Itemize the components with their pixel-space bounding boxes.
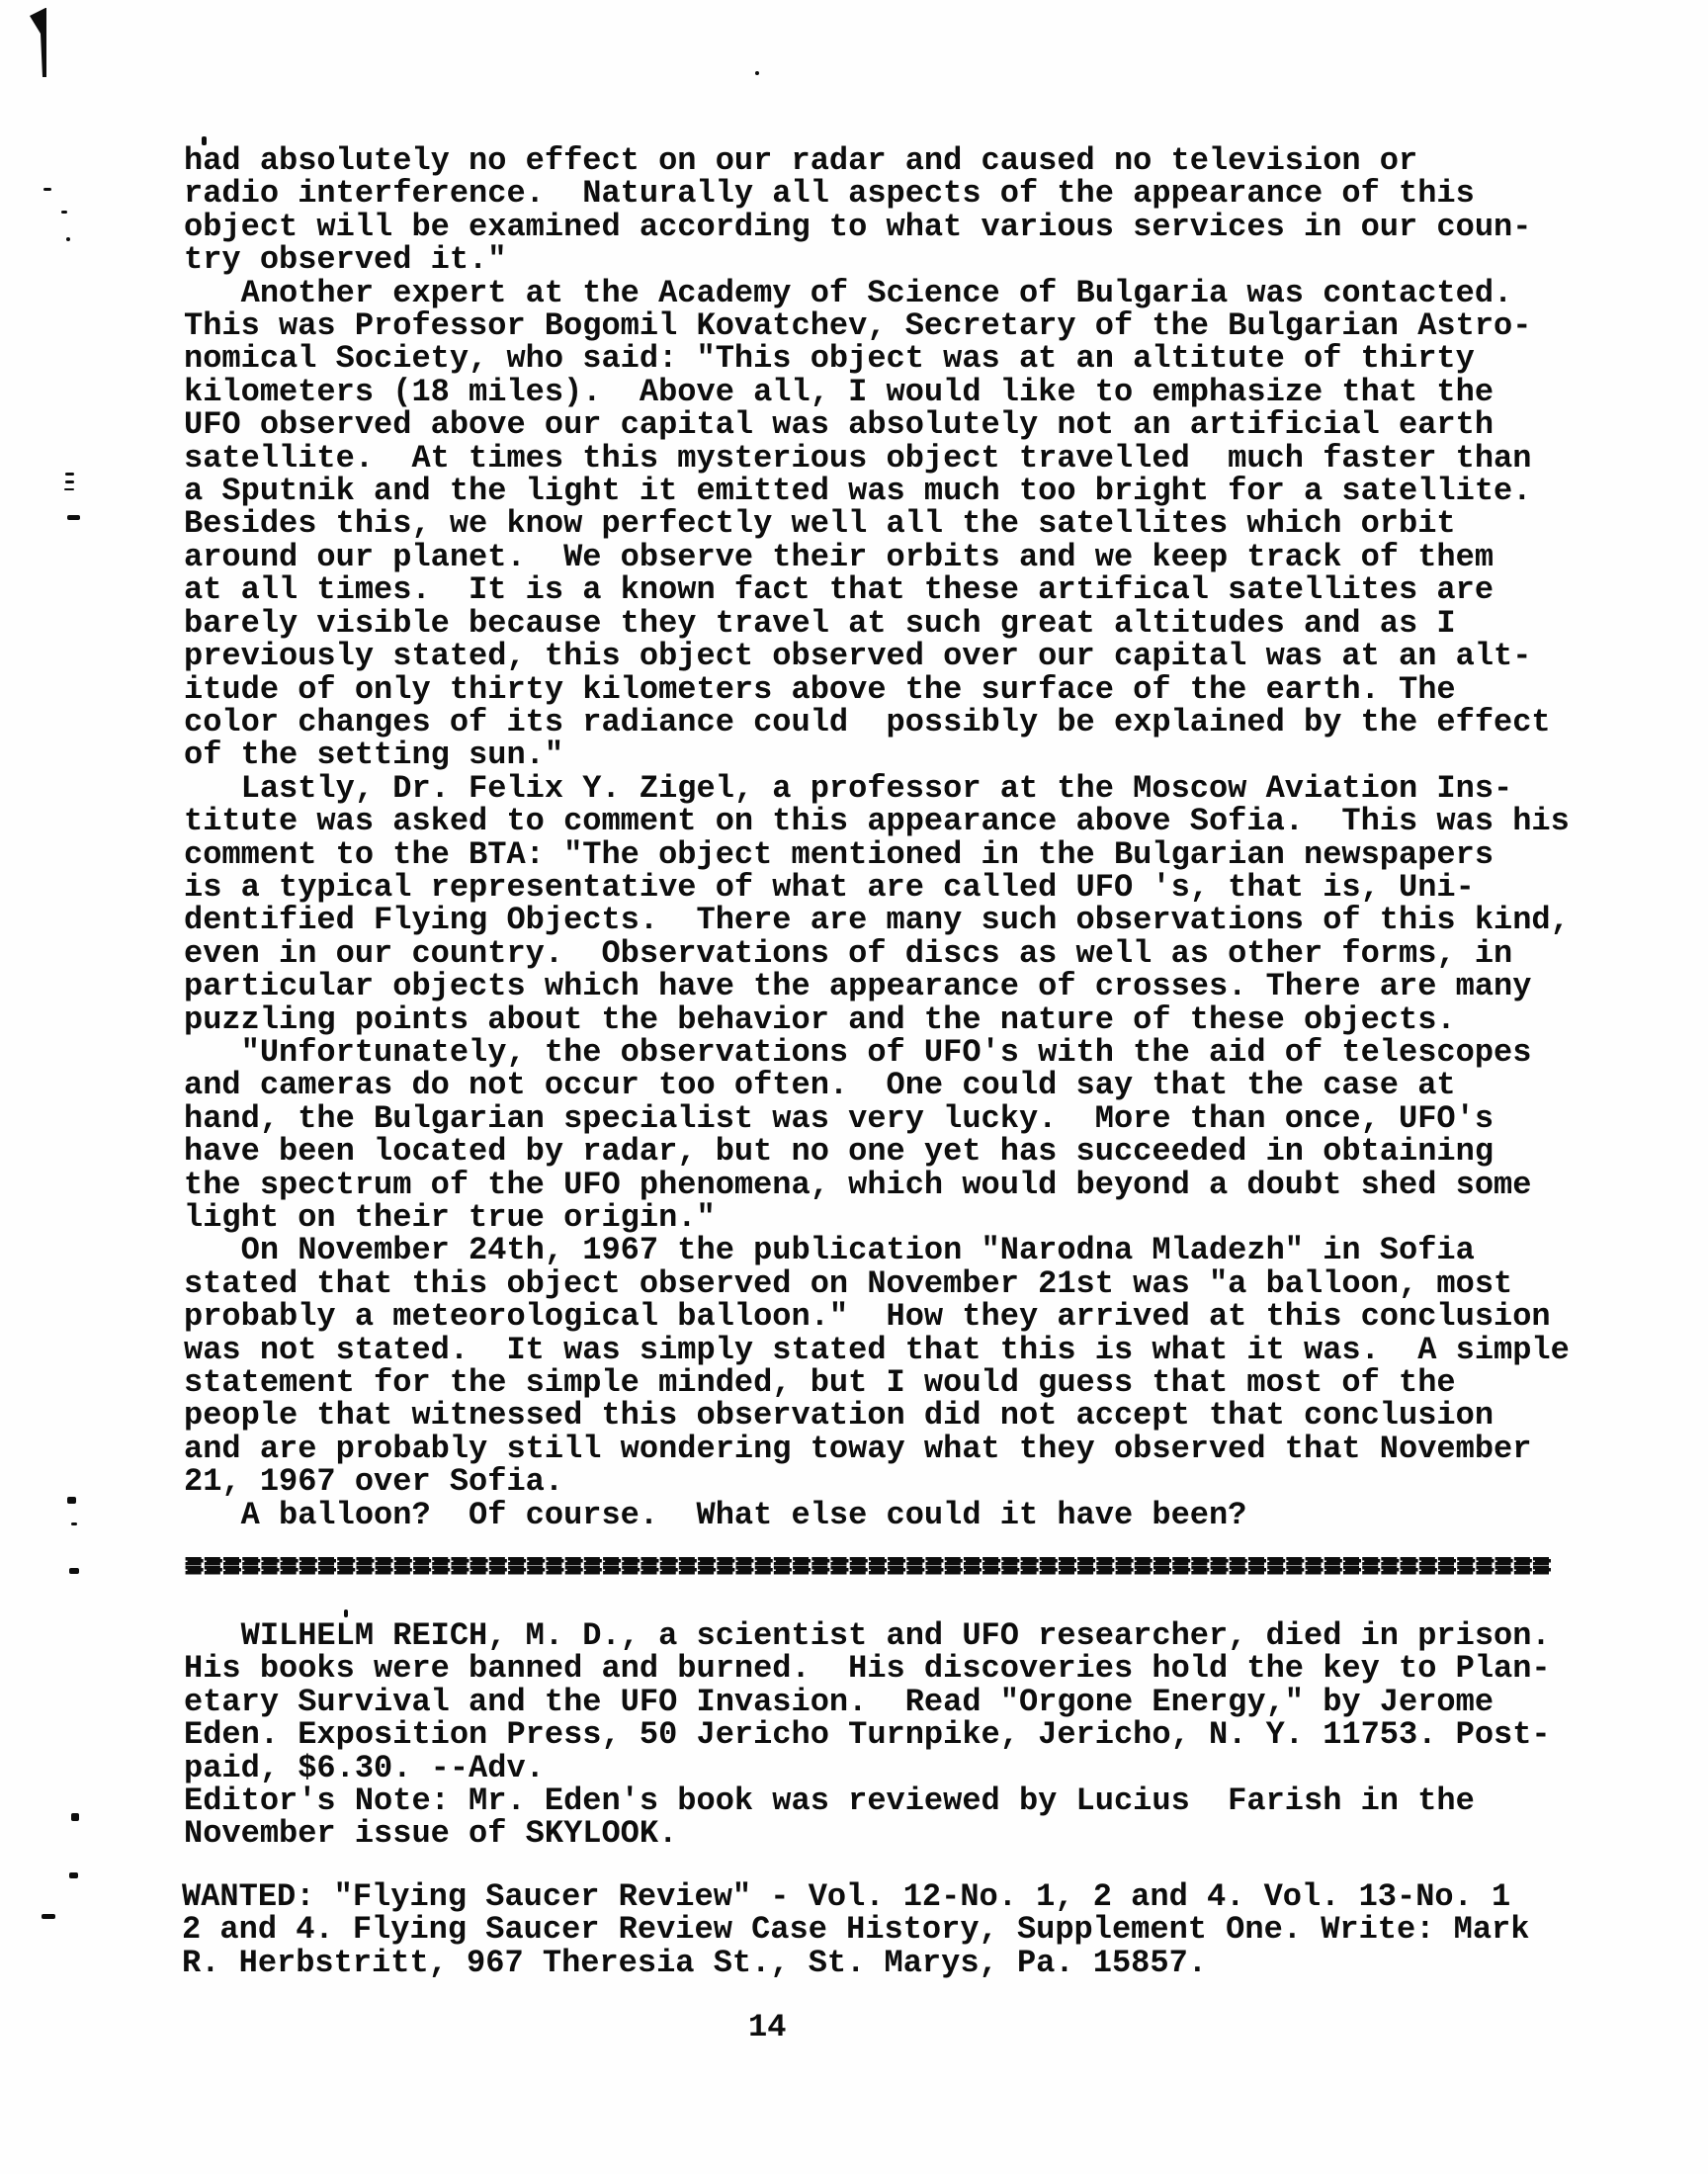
margin-speck	[69, 1872, 78, 1878]
margin-speck	[67, 1497, 76, 1504]
margin-speck	[69, 1568, 79, 1574]
section-divider: ========================================…	[184, 1549, 1551, 1582]
article-body: had absolutely no effect on our radar an…	[184, 144, 1570, 1531]
margin-speck	[42, 1914, 55, 1919]
margin-speck	[65, 480, 74, 483]
margin-speck	[43, 188, 51, 191]
margin-speck	[66, 237, 70, 241]
margin-speck	[71, 1522, 77, 1525]
margin-speck	[61, 211, 67, 214]
scanned-newsletter-page: had absolutely no effect on our radar an…	[0, 0, 1708, 2174]
margin-speck	[755, 71, 759, 75]
margin-speck	[344, 1609, 348, 1617]
page-number: 14	[748, 2011, 786, 2044]
corner-mark-icon	[24, 6, 63, 85]
margin-speck	[64, 488, 74, 490]
margin-speck	[65, 473, 74, 476]
margin-speck	[67, 515, 80, 520]
reich-ad-notice: WILHELM REICH, M. D., a scientist and UF…	[184, 1619, 1551, 1851]
margin-speck	[71, 1813, 79, 1821]
wanted-notice: WANTED: "Flying Saucer Review" - Vol. 12…	[182, 1880, 1529, 1979]
